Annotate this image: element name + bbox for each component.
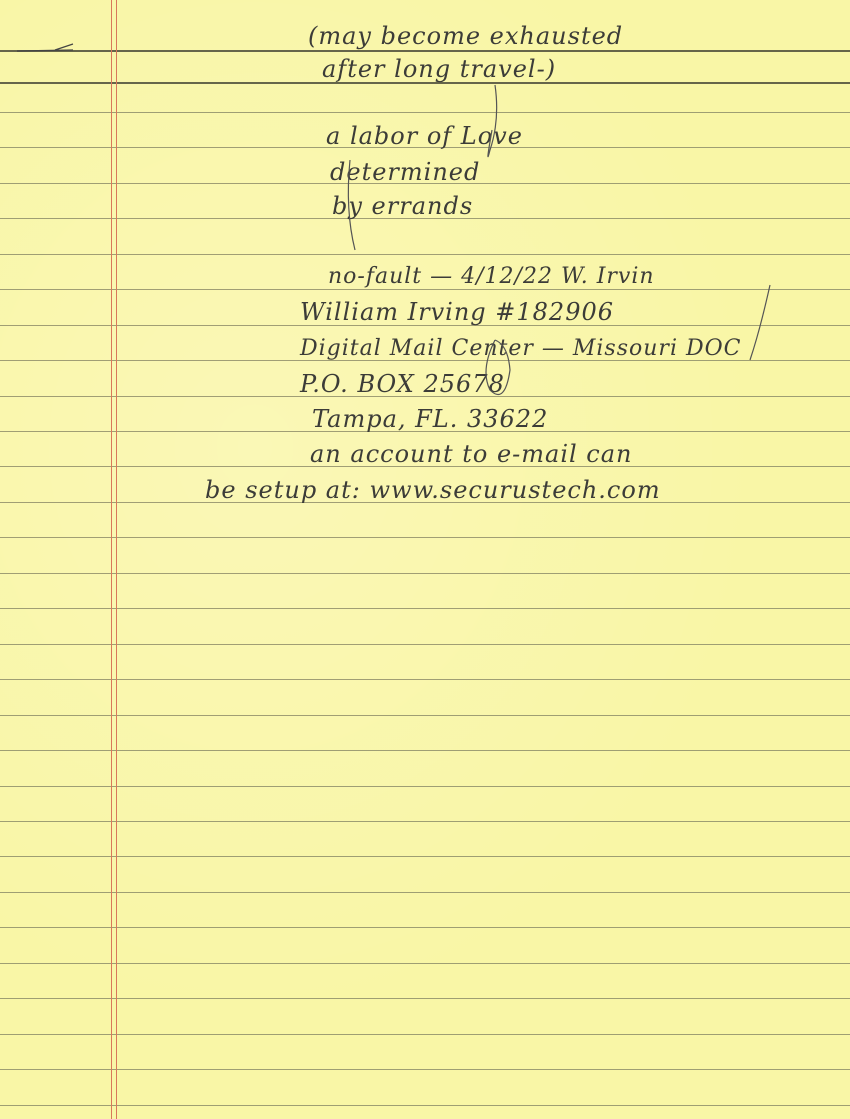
margin-line-right <box>116 0 117 1119</box>
ruled-line <box>0 1034 850 1035</box>
ruled-line <box>0 856 850 857</box>
ruled-line <box>0 1105 850 1106</box>
ruled-line <box>0 786 850 787</box>
ruled-line <box>0 644 850 645</box>
ruled-line <box>0 892 850 893</box>
ruled-line <box>0 573 850 574</box>
ruled-line <box>0 821 850 822</box>
margin-line-left <box>111 0 112 1119</box>
ruled-line <box>0 715 850 716</box>
ruled-line <box>0 1069 850 1070</box>
ruled-line <box>0 963 850 964</box>
heading-rule <box>0 50 850 52</box>
ruled-line <box>0 679 850 680</box>
ruled-line <box>0 750 850 751</box>
ruled-line <box>0 608 850 609</box>
pencil-mark <box>15 40 75 54</box>
pencil-strokes <box>330 60 790 540</box>
note-line-1: (may become exhausted <box>308 22 623 50</box>
ruled-line <box>0 998 850 999</box>
ruled-line <box>0 927 850 928</box>
